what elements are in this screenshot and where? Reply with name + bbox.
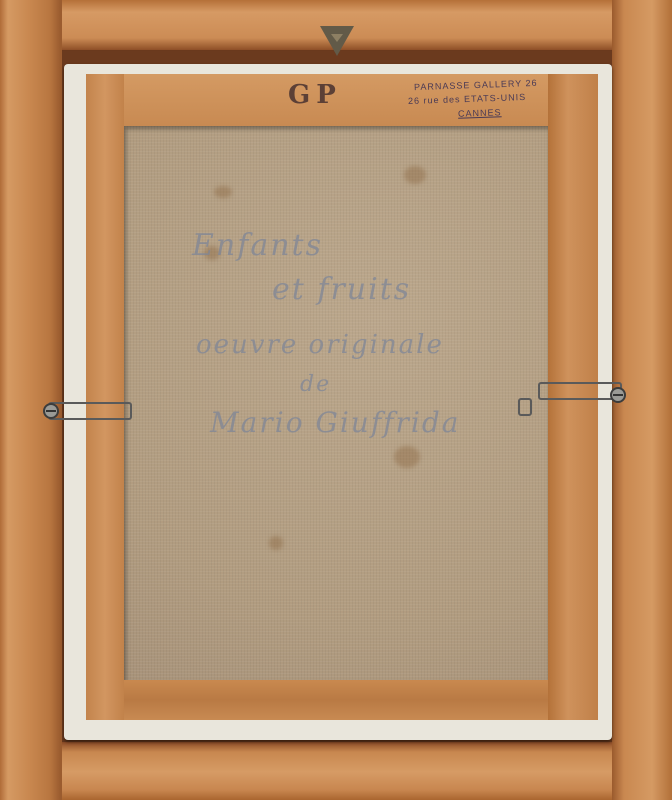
stretcher-bar-bottom [86,680,550,720]
pencil-note: oeuvre originale [196,330,444,360]
pencil-title-line2: et fruits [272,272,411,307]
pencil-title-line1: Enfants [192,228,323,263]
stretcher-bar-left [86,74,124,720]
stain [404,166,426,184]
gallery-label-line3: CANNES [458,107,502,119]
stain [214,186,232,198]
pencil-de: de [300,372,331,397]
turn-clip-left-wire [48,402,132,420]
pencil-artist-name: Mario Giuffrida [210,406,461,439]
canvas-back-linen [124,126,548,680]
stain [394,446,420,468]
stretcher-initials: GP [288,80,342,110]
frame-left-stile [0,0,62,800]
screw-icon [43,403,59,419]
frame-bottom-rail [0,742,672,800]
screw-icon [610,387,626,403]
stain [269,536,283,550]
turn-clip-right-tab [518,398,532,416]
